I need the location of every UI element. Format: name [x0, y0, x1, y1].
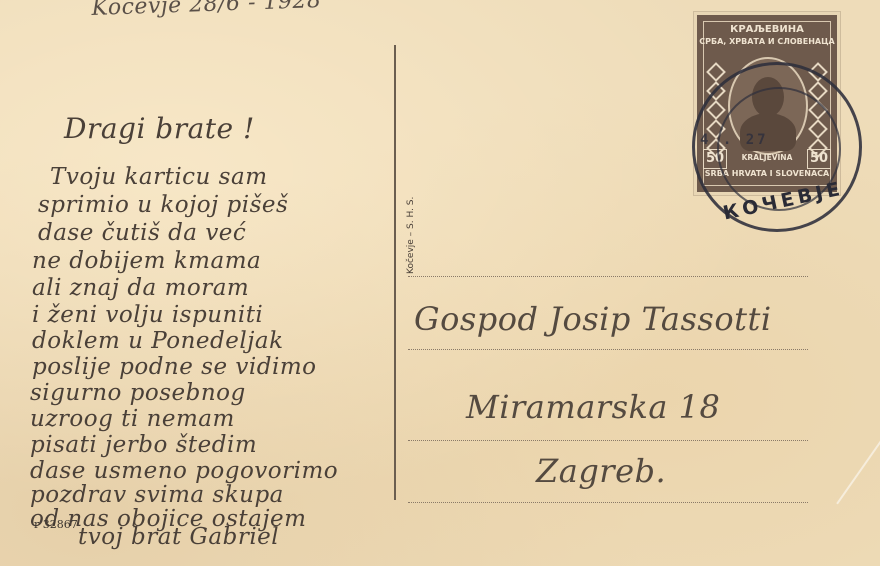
postmark-date: 4 . 27 [700, 132, 769, 148]
address-line [408, 502, 808, 503]
message-line: doklem u Ponedeljak [32, 328, 284, 354]
message-line: pisati jerbo štedim [30, 432, 257, 458]
address-street: Miramarska 18 [466, 388, 720, 426]
message-line: ne dobijem kmama [32, 248, 261, 274]
message-line: dase čutiš da već [38, 220, 246, 246]
divider-line [394, 45, 396, 500]
message-line: dase usmeno pogovorimo [30, 458, 338, 484]
message-line: Tvoju karticu sam [50, 164, 268, 190]
stamp-country-cyrillic: КРАЉЕВИНА [697, 24, 837, 35]
publisher-imprint: Kočevje – S. H. S. [406, 197, 416, 274]
message-line: poslije podne se vidimo [32, 354, 316, 380]
message-signature: tvoj brat Gabriel [78, 524, 279, 550]
message-greeting: Dragi brate ! [64, 112, 255, 145]
message-line: i ženi volju ispuniti [32, 302, 263, 328]
stamp-country-line2-cyrillic: СРБА, ХРВАТА И СЛОВЕНАЦА [697, 37, 837, 46]
address-recipient: Gospod Josip Tassotti [414, 300, 772, 338]
address-line [408, 440, 808, 441]
address-city: Zagreb. [536, 452, 666, 490]
message-line: sigurno posebnog [30, 380, 246, 406]
address-line [408, 276, 808, 277]
address-line [408, 349, 808, 350]
serial-number: r 32867 [34, 518, 78, 531]
postcard-back: Kocevje 28/6 - 1928 Kočevje – S. H. S. D… [0, 0, 880, 566]
header-date: Kocevje 28/6 - 1928 [91, 0, 322, 21]
message-line: uzroog ti nemam [30, 406, 235, 432]
paper-crease [836, 438, 880, 505]
message-line: ali znaj da moram [32, 275, 249, 301]
message-line: sprimio u kojoj pišeš [38, 192, 288, 218]
message-line: pozdrav svima skupa [30, 482, 284, 508]
